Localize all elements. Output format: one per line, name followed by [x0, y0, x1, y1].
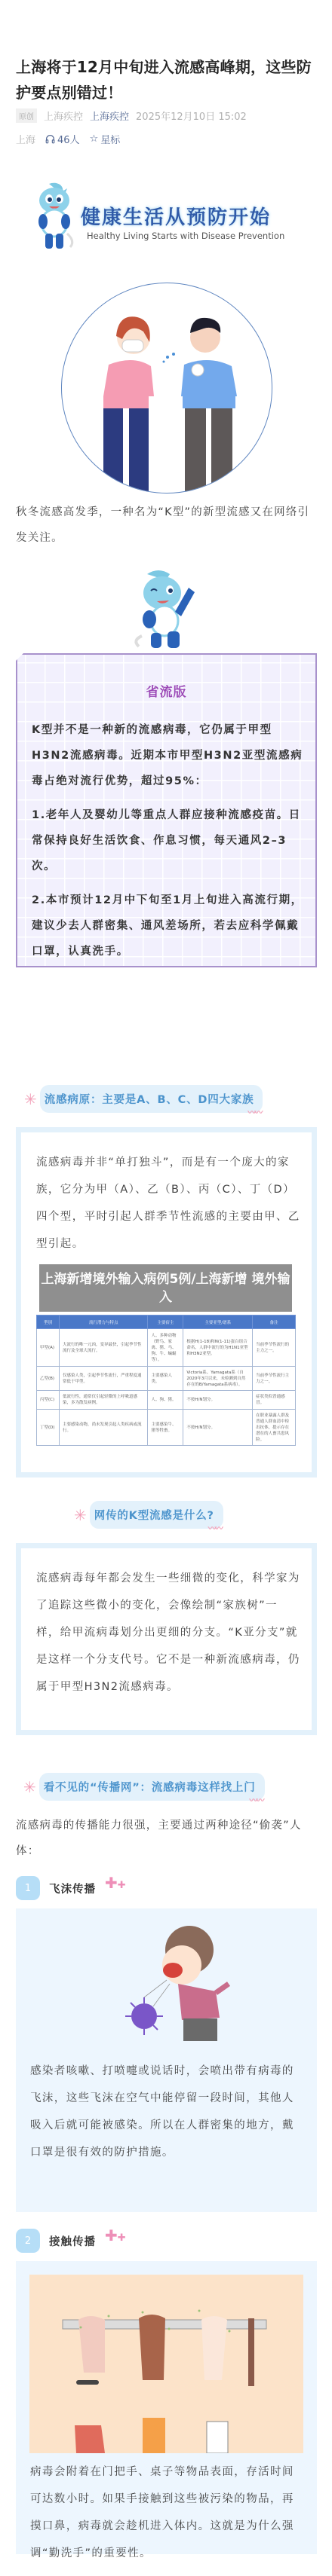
summary-title: 省流版: [17, 681, 315, 700]
table-cell: 当前季节性流行的主力之一。: [253, 1329, 296, 1367]
step-number-badge: 1: [16, 1876, 40, 1900]
table-header: 主要亚型/谱系: [183, 1316, 253, 1329]
sparkle-icon: ✳: [24, 1090, 37, 1108]
table-cell: 不按H/N划分。: [183, 1391, 253, 1410]
star-icon: ☆: [90, 133, 99, 145]
table-cell: 乙型(B): [37, 1367, 60, 1391]
section-heading-k-type: ✳ 网传的K型流感是什么? 〰〰: [74, 1501, 223, 1529]
star-label: 星标: [100, 132, 120, 146]
intro-paragraph: 秋冬流感高发季，一种名为“K型”的新型流感又在网络引发关注。: [16, 500, 318, 551]
plus-decoration-icon: ✚✚: [105, 1874, 126, 1892]
headphones-icon: [45, 134, 55, 144]
table-row: 丁型(D) 主要感染动物，尚未发现引起人类疾病或流行。 主要感染牛、猪等牲畜。 …: [37, 1410, 296, 1446]
table-header: 型别: [37, 1316, 60, 1329]
droplet-card: 感染者咳嗽、打喷嚏或说话时，会喷出带有病毒的飞沫，这些飞沫在空气中能停留一段时间…: [16, 1908, 317, 2212]
table-cell: 不按H/N划分。: [183, 1410, 253, 1446]
droplet-body: 感染者咳嗽、打喷嚏或说话时，会喷出带有病毒的飞沫，这些飞沫在空气中能停留一段时间…: [30, 2058, 303, 2166]
banner-title-en: Healthy Living Starts with Disease Preve…: [87, 231, 284, 241]
summary-paragraph: K型并不是一种新的流感病毒，它仍属于甲型H3N2流感病毒。近期本市甲型H3N2亚…: [32, 717, 305, 794]
article-meta-secondary: 上海 46人 ☆ 星标: [16, 132, 120, 146]
transmission-intro: 流感病毒的传播能力很强，主要通过两种途径“偷袭”人体：: [16, 1813, 318, 1864]
k-type-card: 流感病毒每年都会发生一些细微的变化，科学家为了追踪这些微小的变化，会像绘制“家族…: [16, 1543, 317, 1735]
article-title: 上海将于12月中旬进入流感高峰期，这些防护要点别错过！: [16, 54, 318, 105]
table-cell: 丙型(C): [37, 1391, 60, 1410]
section-pill: 网传的K型流感是什么? 〰〰: [90, 1501, 223, 1529]
table-cell: 低流行性，通常仅引起轻微的上呼吸道感染，多为散发病例。: [59, 1391, 148, 1410]
summary-card: 省流版 K型并不是一种新的流感病毒，它仍属于甲型H3N2流感病毒。近期本市甲型H…: [16, 653, 317, 967]
table-cell: 在职业暴露人群及普通人群血清中检出抗体，提示存在潜在的人畜共患风险。: [253, 1410, 296, 1446]
step-droplet: 1 飞沫传播 ✚✚: [16, 1876, 126, 1900]
star-button[interactable]: ☆ 星标: [90, 132, 121, 146]
summary-paragraph: 3若出现症状，要多休息，加重后及时就医，在医生指导下用药，避免滥用药物。: [32, 973, 305, 1024]
sparkle-icon: ✳: [23, 1778, 36, 1796]
squiggle-icon: 〰〰: [247, 1106, 261, 1118]
original-badge: 原创: [16, 108, 37, 123]
location: 上海: [16, 132, 35, 146]
table-cell: 人、多种动物（野鸟、家禽、猪、马、狗、牛、蝙蝠等）。: [148, 1329, 183, 1367]
table-cell: 丁型(D): [37, 1410, 60, 1446]
summary-body: K型并不是一种新的流感病毒，它仍属于甲型H3N2流感病毒。近期本市甲型H3N2亚…: [32, 717, 305, 1032]
pathogens-body: 流感病毒并非“单打独斗”，而是有一个庞大的家族，它分为甲（A）、乙（B）、丙（C…: [36, 1149, 300, 1257]
section-heading-pathogens: ✳ 流感病原：主要是A、B、C、D四大家族 〰〰: [24, 1085, 263, 1113]
table-header-row: 型别 流行潜力与特点 主要宿主 主要亚型/谱系 备注: [37, 1316, 296, 1329]
table-cell: 甲型(A): [37, 1329, 60, 1367]
people-coughing-icon: [62, 283, 272, 494]
section-heading-text: 流感病原：主要是A、B、C、D四大家族: [45, 1094, 254, 1106]
mascot-icon: [34, 181, 75, 253]
table-row: 丙型(C) 低流行性，通常仅引起轻微的上呼吸道感染，多为散发病例。 人、狗、猪。…: [37, 1391, 296, 1410]
section-heading-text: 网传的K型流感是什么?: [94, 1510, 214, 1522]
step-label: 飞沫传播: [49, 1881, 96, 1896]
listen-button[interactable]: 46人: [45, 132, 80, 146]
table-cell: 当前季节性流行主力之一。: [253, 1367, 296, 1391]
table-cell: 主要感染牛、猪等牲畜。: [148, 1410, 183, 1446]
table-cell: 仅感染人类，引起季节性流行，严重程度通常低于甲型。: [59, 1367, 148, 1391]
table-cell: 主要感染动物，尚未发现引起人类疾病或流行。: [59, 1410, 148, 1446]
k-type-body: 流感病毒每年都会发生一些细微的变化，科学家为了追踪这些微小的变化，会像绘制“家族…: [36, 1565, 300, 1701]
coughing-people-illustration: [61, 283, 272, 494]
table-header: 流行潜力与特点: [59, 1316, 148, 1329]
listen-count: 46人: [57, 132, 80, 146]
author-name: 上海疾控: [44, 108, 83, 123]
banner-title-cn: 健康生活从预防开始: [81, 202, 271, 230]
hands-rail-icon: [29, 2275, 303, 2453]
image-overlay-caption: 上海新增境外输入病例5例/上海新增 境外输入: [39, 1264, 292, 1312]
table-cell: 症状类似普通感冒。: [253, 1391, 296, 1410]
squiggle-icon: 〰〰: [250, 1794, 263, 1806]
table-row: 乙型(B) 仅感染人类，引起季节性流行，严重程度通常低于甲型。 主要感染人类。 …: [37, 1367, 296, 1391]
banner: 健康生活从预防开始 Healthy Living Starts with Dis…: [34, 181, 302, 256]
section-pill: 看不见的“传播网”：流感病毒这样找上门 〰〰: [39, 1773, 265, 1801]
summary-paragraph: 2.本市预计12月中下旬至1月上旬进入高流行期，建议少去人群密集、通风差场所，若…: [32, 888, 305, 964]
sparkle-icon: ✳: [74, 1506, 87, 1524]
table-header: 主要宿主: [148, 1316, 183, 1329]
contact-body: 病毒会附着在门把手、桌子等物品表面，存活时间可达数小时。如果手接触到这些被污染的…: [30, 2458, 303, 2567]
sneezing-person-illustration: [106, 1924, 242, 2048]
article-meta: 原创 上海疾控 上海疾控 2025年12月10日 15:02: [16, 108, 247, 123]
summary-paragraph: 1.老年人及婴幼儿等重点人群应接种流感疫苗。日常保持良好生活饮食、作息习惯，每天…: [32, 802, 305, 879]
table-cell: Victoria系、Yamagata系（自2020年3月以来，未检测到自然存在的…: [183, 1367, 253, 1391]
section-heading-transmission: ✳ 看不见的“传播网”：流感病毒这样找上门 〰〰: [23, 1773, 265, 1801]
table-cell: 根据H(1-18)和N(1-11)蛋白组合命名，人群中流行的为H1N1亚型和H3…: [183, 1329, 253, 1367]
table-header: 备注: [253, 1316, 296, 1329]
flu-type-comparison-table: 型别 流行潜力与特点 主要宿主 主要亚型/谱系 备注 甲型(A) 大流行的唯一元…: [36, 1315, 296, 1446]
table-cell: 人、狗、猪。: [148, 1391, 183, 1410]
publish-date: 2025年12月10日 15:02: [136, 108, 247, 123]
section-heading-text: 看不见的“传播网”：流感病毒这样找上门: [44, 1782, 256, 1794]
step-label: 接触传播: [49, 2233, 96, 2249]
waving-mascot-icon: [128, 567, 204, 651]
squiggle-icon: 〰〰: [208, 1522, 222, 1534]
account-link[interactable]: 上海疾控: [90, 108, 129, 123]
section-pill: 流感病原：主要是A、B、C、D四大家族 〰〰: [40, 1085, 263, 1113]
table-row: 甲型(A) 大流行的唯一元凶，变异最快，引起季节性流行及全球大流行。 人、多种动…: [37, 1329, 296, 1367]
table-cell: 主要感染人类。: [148, 1367, 183, 1391]
step-contact: 2 接触传播 ✚✚: [16, 2229, 126, 2253]
contact-card: 病毒会附着在门把手、桌子等物品表面，存活时间可达数小时。如果手接触到这些被污染的…: [16, 2261, 317, 2554]
hands-on-rail-illustration: [29, 2275, 303, 2453]
plus-decoration-icon: ✚✚: [105, 2226, 126, 2244]
step-number-badge: 2: [16, 2229, 40, 2253]
table-cell: 大流行的唯一元凶，变异最快，引起季节性流行及全球大流行。: [59, 1329, 148, 1367]
